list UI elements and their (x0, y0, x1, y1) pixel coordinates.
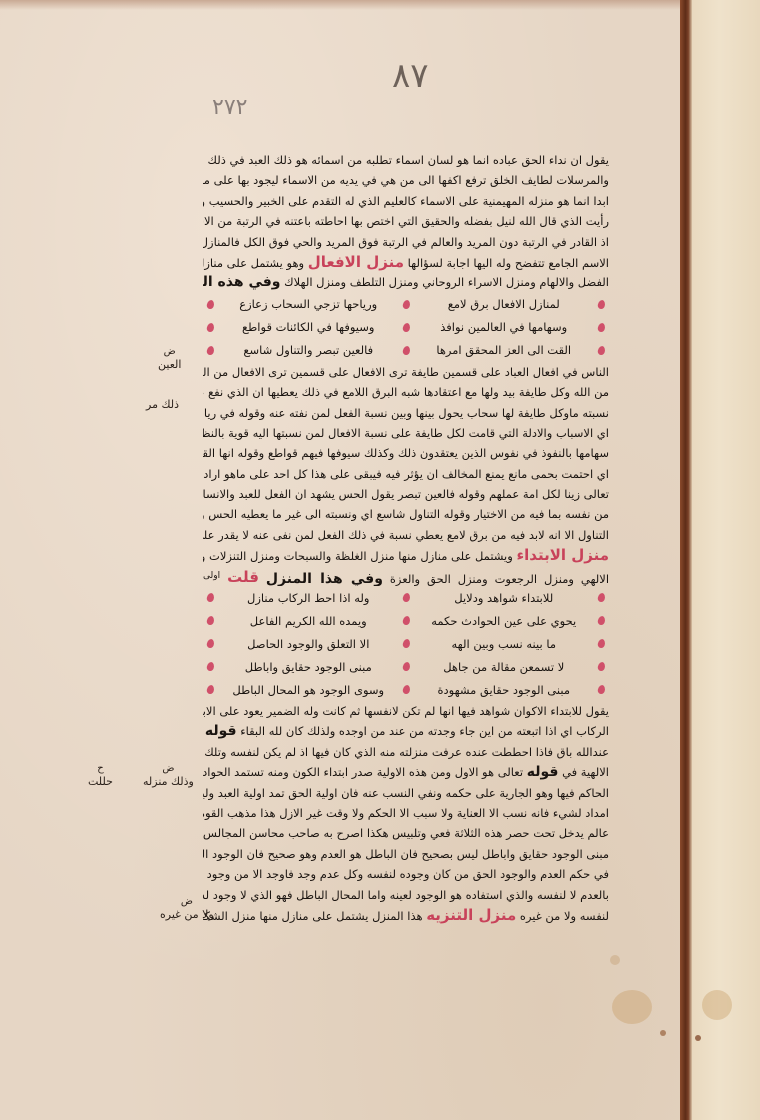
text-line: الناس في افعال العباد على قسمين طايفة تر… (203, 362, 609, 382)
water-stain (612, 990, 652, 1024)
verse-hemistich: مبنى الوجود حقايق مشهودة (414, 683, 595, 697)
verse-hemistich: وسهامها في العالمين نوافذ (414, 320, 595, 334)
red-drop-marker-icon (401, 615, 410, 626)
verse-hemistich: للابتداء شواهد ودلايل (414, 591, 595, 605)
verse-hemistich: لمنازل الافعال برق لامع (414, 297, 595, 311)
verse-line: للابتداء شواهد ودلايل وله اذا احط الركاب… (203, 586, 609, 609)
main-text-block: يقول ان نداء الحق عباده انما هو لسان اسم… (203, 150, 609, 925)
text-fragment: الفضل والالهام ومنزل الاسراء الروحاني وم… (284, 275, 609, 289)
text-line: نسبته ماوكل طايفة لها سحاب يحول بينها وب… (203, 403, 609, 423)
verse-line: مبنى الوجود حقايق مشهودة وسوى الوجود هو … (203, 678, 609, 701)
ink-spot (695, 1035, 701, 1041)
red-drop-marker-icon (597, 684, 606, 695)
text-fragment: الاسم الجامع تتفضح وله اليها اجابة لسؤال… (408, 256, 609, 270)
qawluh-word: قوله (527, 764, 559, 780)
margin-note: ض وذلك منزله (143, 762, 194, 788)
text-line: الحاكم فيها وهو الجارية على حكمه ونفي ال… (203, 783, 609, 803)
red-drop-marker-icon (206, 615, 215, 626)
margin-note-text: وذلك منزله (143, 775, 194, 788)
page-edge-shadow (0, 0, 684, 10)
superscript-note: اولى (203, 571, 220, 581)
text-line: سهامها بالنفوذ في نفوس الذين يعتقدون ذلك… (203, 443, 609, 463)
red-drop-marker-icon (206, 299, 215, 310)
text-line: بالعدم لا لنفسه والذي استفاده هو الوجود … (203, 885, 609, 905)
margin-mark: ض (158, 345, 181, 358)
text-line: من الله وكل طايفة بيد ولها مع اعتقادها ش… (203, 382, 609, 402)
verse-hemistich: الا التعلق والوجود الحاصل (218, 637, 399, 651)
ink-spot (660, 1030, 666, 1036)
verse-hemistich: وسيوفها في الكائنات قواطع (218, 320, 399, 334)
red-drop-marker-icon (401, 299, 410, 310)
book-binding-gutter (680, 0, 692, 1120)
text-line-with-rubric: الاسم الجامع تتفضح وله اليها اجابة لسؤال… (203, 252, 609, 272)
text-line: رأيت الذي قال الله لنيل بفضله والحقيق ال… (203, 211, 609, 231)
text-line: عالم يدخل تحت حصر هذه الثلاثة فعي وتلبيس… (203, 823, 609, 843)
red-drop-marker-icon (597, 345, 606, 356)
margin-note: ح حللت (88, 762, 113, 788)
text-line: مبنى الوجود حقايق واباطل ليس بصحيح فان ا… (203, 844, 609, 864)
text-fragment: الركاب اي اذا اتبعته من اين جاء وجدته من… (240, 724, 609, 738)
margin-note: ض ولا من غيره (160, 895, 214, 921)
water-stain (702, 990, 732, 1020)
verse-hemistich: ويمده الله الكريم الفاعل (218, 614, 399, 628)
text-fragment: الالهية في (562, 765, 609, 779)
red-drop-marker-icon (401, 661, 410, 672)
red-drop-marker-icon (597, 322, 606, 333)
verse-block-1: لمنازل الافعال برق لامع ورياحها تزجي الس… (203, 293, 609, 362)
verse-hemistich: مبنى الوجود حقايق واباطل (218, 660, 399, 674)
text-line: تعالى زينا لكل امة عملهم وقوله فالعين تب… (203, 484, 609, 504)
red-drop-marker-icon (597, 638, 606, 649)
text-line: الفضل والالهام ومنزل الاسراء الروحاني وم… (203, 272, 609, 292)
red-drop-marker-icon (401, 592, 410, 603)
folio-number-pencil: ٢٧٢ (212, 95, 247, 120)
margin-mark: ح (88, 762, 113, 775)
text-fragment: اي احتمت بحمى مانع يمنع المخالف ان يؤثر … (203, 467, 609, 481)
verse-hemistich: وسوى الوجود هو المحال الباطل (218, 683, 399, 697)
text-line: التناول الا انه لابد فيه من برق لامع يعط… (203, 525, 609, 545)
text-line: يقول للابتداء الاكوان شواهد فيها انها لم… (203, 701, 609, 721)
water-stain (610, 955, 620, 965)
red-drop-marker-icon (206, 322, 215, 333)
manuscript-page: ٨٧ ٢٧٢ يقول ان نداء الحق عباده انما هو ل… (0, 0, 684, 1120)
text-line: الالهي ومنزل الرجعوت ومنزل الحق والعزة و… (203, 566, 609, 586)
margin-note-text: ذلك مر (146, 398, 179, 411)
verse-hemistich: ورياحها تزجي السحاب زعازع (218, 297, 399, 311)
margin-mark: ض (160, 895, 214, 908)
verse-intro: وفي هذه المنازل اقول (203, 274, 281, 290)
verse-hemistich: فالعين تبصر والتناول شاسع (218, 343, 399, 357)
margin-note: ذلك مر (146, 398, 179, 411)
verse-hemistich: يحوي على عين الحوادث حكمه (414, 614, 595, 628)
verse-line: القت الى العز المحقق امرها فالعين تبصر و… (203, 339, 609, 362)
verse-hemistich: لا تسمعن مقالة من جاهل (414, 660, 595, 674)
margin-mark: ض (143, 762, 194, 775)
red-drop-marker-icon (401, 322, 410, 333)
red-drop-marker-icon (597, 592, 606, 603)
text-line: يقول ان نداء الحق عباده انما هو لسان اسم… (203, 150, 609, 170)
red-drop-marker-icon (206, 661, 215, 672)
verse-line: ما بينه نسب وبين الهه الا التعلق والوجود… (203, 632, 609, 655)
verse-hemistich: وله اذا احط الركاب منازل (218, 591, 399, 605)
verse-line: لمنازل الافعال برق لامع ورياحها تزجي الس… (203, 293, 609, 316)
red-drop-marker-icon (597, 615, 606, 626)
text-fragment: هذا المنزل يشتمل على منازل منها منزل الش… (203, 909, 423, 923)
text-line: اي الاسباب والادلة التي قامت لكل طايفة ع… (203, 423, 609, 443)
margin-note-text: العين (158, 358, 181, 371)
text-line: ابدا انما هو منزله المهيمنية على الاسماء… (203, 191, 609, 211)
verse-hemistich: القت الى العز المحقق امرها (414, 343, 595, 357)
verse-line: وسهامها في العالمين نوافذ وسيوفها في الك… (203, 316, 609, 339)
text-line-with-rubric: منزل الابتداء ويشتمل على منازل منها منزل… (203, 545, 609, 565)
verse-hemistich: ما بينه نسب وبين الهه (414, 637, 595, 651)
text-line: في حكم العدم والوجود الحق من كان وجوده ل… (203, 864, 609, 884)
text-line: امداد لشيء فانه نسب الا العناية ولا سبب … (203, 803, 609, 823)
rubric-qult: قلت (227, 568, 259, 586)
text-line: الركاب اي اذا اتبعته من اين جاء وجدته من… (203, 721, 609, 741)
rubric-heading: منزل التنزيه (426, 906, 516, 924)
red-drop-marker-icon (597, 299, 606, 310)
text-line: عندالله باق فاذا احططت عنده عرفت منزلته … (203, 742, 609, 762)
facing-page-edge (692, 0, 760, 1120)
margin-note-text: ولا من غيره (160, 908, 214, 921)
qawluh-tala: قوله تعالى (203, 723, 237, 739)
text-line: اي احتمت بحمى مانع يمنع المخالف ان يؤثر … (203, 464, 609, 484)
red-drop-marker-icon (206, 592, 215, 603)
rubric-heading: منزل الابتداء (516, 546, 609, 564)
verse-line: يحوي على عين الحوادث حكمه ويمده الله الك… (203, 609, 609, 632)
text-fragment: وهو يشتمل على منازل منها منزل (203, 256, 304, 270)
red-drop-marker-icon (401, 684, 410, 695)
margin-note: ض العين (158, 345, 181, 371)
text-fragment: ويشتمل على منازل منها منزل الغلظة والسبح… (203, 549, 513, 563)
verse-block-2: للابتداء شواهد ودلايل وله اذا احط الركاب… (203, 586, 609, 701)
text-fragment: لنفسه ولا من غيره (520, 909, 609, 923)
verse-line: لا تسمعن مقالة من جاهل مبنى الوجود حقايق… (203, 655, 609, 678)
red-drop-marker-icon (401, 638, 410, 649)
text-fragment: تعالى هو الاول ومن هذه الاولية صدر ابتدا… (203, 765, 523, 779)
red-drop-marker-icon (206, 638, 215, 649)
text-line: الالهية في قوله تعالى هو الاول ومن هذه ا… (203, 762, 609, 782)
red-drop-marker-icon (597, 661, 606, 672)
rubric-heading: منزل الافعال (308, 253, 404, 271)
text-line: من نفسه بما فيه من الاختيار وقوله التناو… (203, 504, 609, 524)
text-line-with-rubric: لنفسه ولا من غيره منزل التنزيه هذا المنز… (203, 905, 609, 925)
margin-note-text: حللت (88, 775, 113, 788)
text-line: اذ القادر في الرتبة دون المريد والعالم ف… (203, 232, 609, 252)
text-line: والمرسلات لطايف الخلق ترفع اكفها الى من … (203, 170, 609, 190)
text-fragment: الالهي ومنزل الرجعوت ومنزل الحق والعزة (390, 571, 609, 585)
verse-intro: وفي هذا المنزل (266, 570, 383, 586)
red-drop-marker-icon (206, 345, 215, 356)
folio-number-ink: ٨٧ (392, 56, 429, 96)
red-drop-marker-icon (206, 684, 215, 695)
red-drop-marker-icon (401, 345, 410, 356)
